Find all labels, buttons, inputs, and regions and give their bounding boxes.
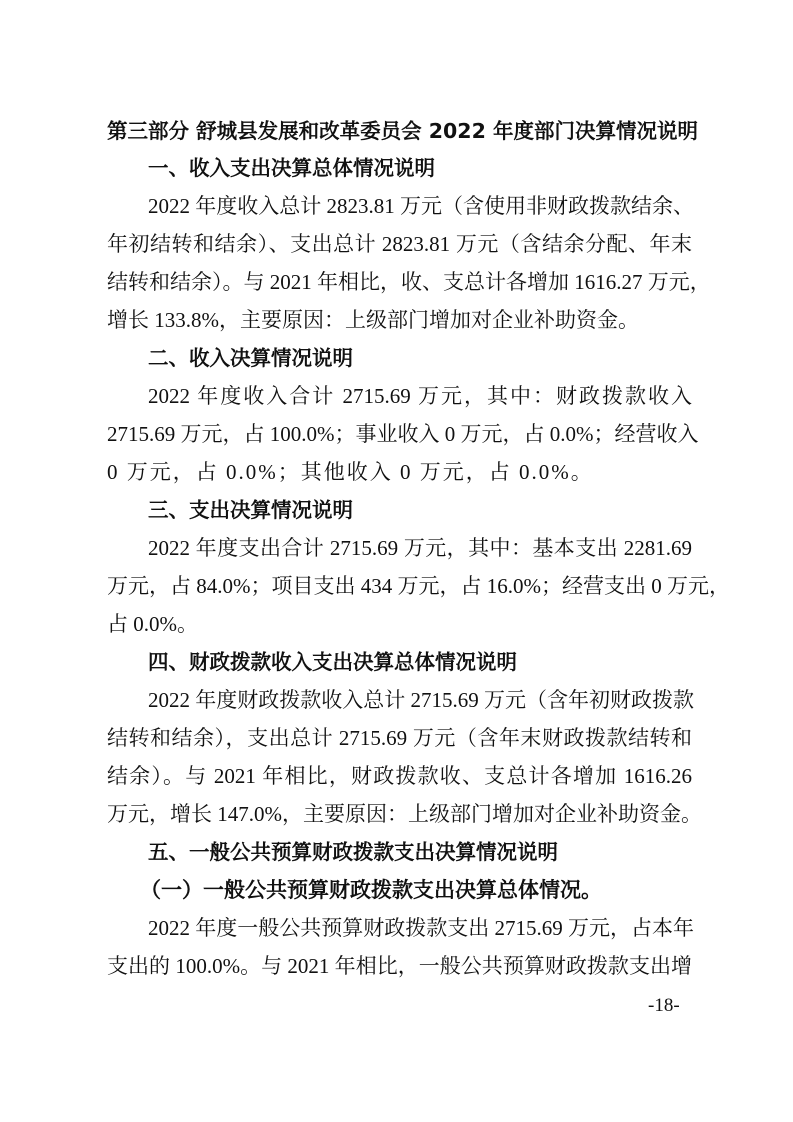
section-1-line-1: 2022 年度收入总计 2823.81 万元（含使用非财政拨款结余、 [148, 193, 692, 219]
section-3-line-3: 占 0.0%。 [107, 611, 198, 637]
section-4-line-4: 万元，增长 147.0%，主要原因：上级部门增加对企业补助资金。 [107, 801, 692, 827]
page-number: -18- [648, 995, 680, 1017]
section-1-line-4: 增长 133.8%，主要原因：上级部门增加对企业补助资金。 [107, 307, 639, 333]
document-page: 第三部分 舒城县发展和改革委员会 2022 年度部门决算情况说明 一、收入支出决… [0, 0, 793, 1122]
section-5-heading: 五、一般公共预算财政拨款支出决算情况说明 [148, 839, 558, 865]
section-4-line-1: 2022 年度财政拨款收入总计 2715.69 万元（含年初财政拨款 [148, 687, 692, 713]
section-2-line-2: 2715.69 万元，占 100.0%；事业收入 0 万元，占 0.0%；经营收… [107, 421, 692, 447]
section-2-line-3: 0 万元，占 0.0%；其他收入 0 万元，占 0.0%。 [107, 459, 594, 485]
section-4-line-3: 结余）。与 2021 年相比，财政拨款收、支总计各增加 1616.26 [107, 763, 692, 789]
section-3-heading: 三、支出决算情况说明 [148, 497, 353, 523]
document-title: 第三部分 舒城县发展和改革委员会 2022 年度部门决算情况说明 [107, 118, 698, 144]
section-2-heading: 二、收入决算情况说明 [148, 345, 353, 371]
section-1-line-2: 年初结转和结余）、支出总计 2823.81 万元（含结余分配、年末 [107, 231, 692, 257]
section-5-line-2: 支出的 100.0%。与 2021 年相比，一般公共预算财政拨款支出增 [107, 953, 692, 979]
section-3-line-1: 2022 年度支出合计 2715.69 万元，其中：基本支出 2281.69 [148, 535, 692, 561]
section-4-heading: 四、财政拨款收入支出决算总体情况说明 [148, 649, 517, 675]
section-5-line-1: 2022 年度一般公共预算财政拨款支出 2715.69 万元，占本年 [148, 915, 692, 941]
section-4-line-2: 结转和结余），支出总计 2715.69 万元（含年末财政拨款结转和 [107, 725, 692, 751]
section-3-line-2: 万元，占 84.0%；项目支出 434 万元，占 16.0%；经营支出 0 万元… [107, 573, 692, 599]
section-5-subheading: （一）一般公共预算财政拨款支出决算总体情况。 [140, 877, 602, 903]
section-1-heading: 一、收入支出决算总体情况说明 [148, 155, 435, 181]
section-1-line-3: 结转和结余）。与 2021 年相比，收、支总计各增加 1616.27 万元， [107, 269, 692, 295]
section-2-line-1: 2022 年度收入合计 2715.69 万元，其中：财政拨款收入 [148, 383, 692, 409]
